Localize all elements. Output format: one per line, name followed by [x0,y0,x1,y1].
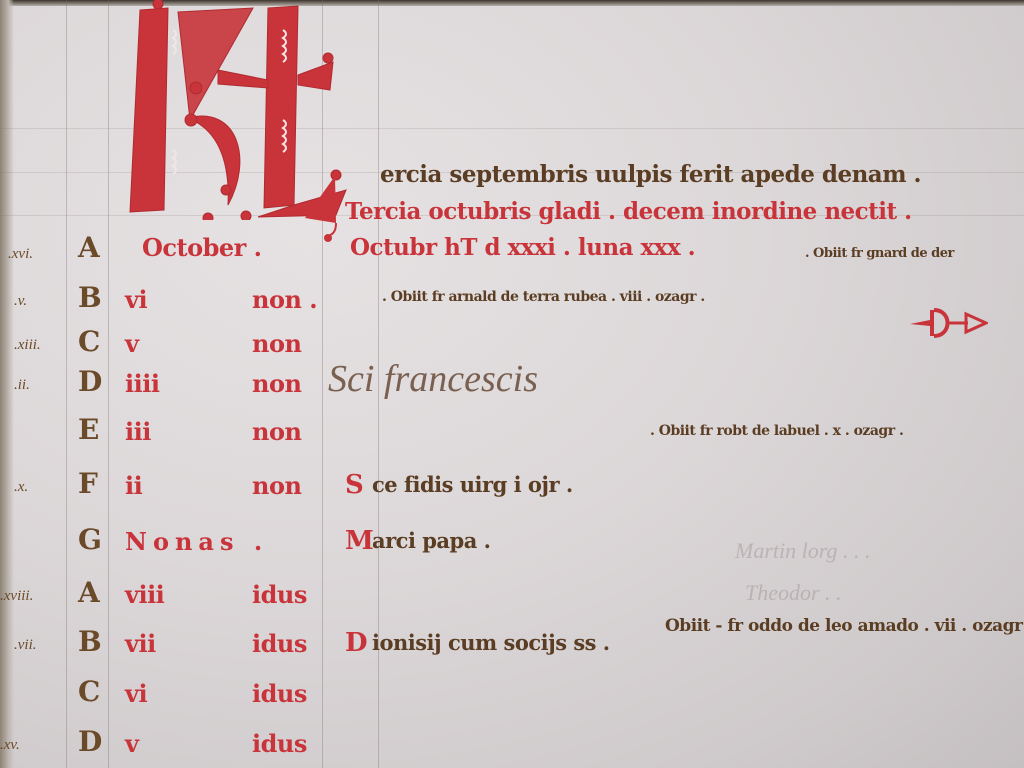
roman-day-count: iii [125,420,151,444]
feast-entry: arci papa . [372,530,490,551]
day-term: non . [252,288,317,312]
dominical-letter: F [78,470,97,498]
dominical-letter: G [78,526,101,554]
golden-number: .xv. [0,738,20,753]
day-term: non [252,332,301,356]
dominical-letter: D [78,368,102,396]
day-term: idus [252,682,307,706]
day-term: non [252,420,301,444]
verse-line-3: Octubr hT d xxxi . luna xxx . [350,236,695,259]
feast-entry: ce fidis uirg i ojr . [372,474,573,495]
day-term: idus [252,732,307,756]
golden-number: .x. [14,480,28,495]
obit-note: Obiit - fr oddo de leo amado . vii . oza… [665,618,1022,635]
roman-day-count: Nonas . [125,530,268,554]
roman-day-count: v [125,732,138,756]
roman-day-count: viii [125,583,164,607]
feast-entry: ionisij cum socijs ss . [372,632,610,653]
feast-rubric-initial: D [345,630,367,656]
verse-obit-note: . Obiit fr gnard de der [805,247,954,260]
dominical-letter: E [78,416,99,444]
feast-entry: Sci francescis [328,360,538,398]
day-term: non [252,372,301,396]
dominical-letter: D [78,728,102,756]
obit-note: . Obiit fr arnald de terra rubea . viii … [382,290,705,304]
day-term: non [252,474,301,498]
roman-day-count: v [125,332,138,356]
golden-number: .xviii. [0,589,33,604]
roman-day-count: vi [125,682,147,706]
dominical-letter: B [78,628,101,656]
verse-line-1: ercia septembris uulpis ferit apede dena… [380,163,921,186]
verse-initial-flourish [300,168,340,248]
ruling-line [108,0,109,768]
red-arrow-marginal-mark [908,306,988,344]
day-term: idus [252,583,307,607]
golden-number: .v. [14,294,27,309]
roman-day-count: vi [125,288,147,312]
roman-day-count: ii [125,474,142,498]
page-binding-edge [0,0,14,768]
feast-rubric-initial: M [345,528,373,554]
showthrough-text: Theodor . . [745,582,842,604]
roman-day-count: vii [125,632,156,656]
golden-number: .xvi. [8,247,33,262]
day-term: idus [252,632,307,656]
verse-line-2: Tercia octubris gladi . decem inordine n… [345,200,912,223]
golden-number: .xiii. [14,338,41,353]
dominical-letter: C [78,328,100,356]
manuscript-page: Martin lorg . . . Theodor . . [0,0,1024,768]
roman-day-count: iiii [125,372,159,396]
showthrough-text: Martin lorg . . . [735,540,870,562]
month-label: October . [142,236,262,260]
dominical-letter: C [78,678,100,706]
dominical-letter: A [78,579,99,607]
feast-rubric-initial: S [345,472,363,498]
obit-note: . Obiit fr robt de labuel . x . ozagr . [650,424,903,438]
ruling-line [66,0,67,768]
golden-number: .vii. [14,638,37,653]
golden-number: .ii. [14,378,30,393]
dominical-letter: B [78,284,101,312]
dominical-letter: A [78,234,99,262]
